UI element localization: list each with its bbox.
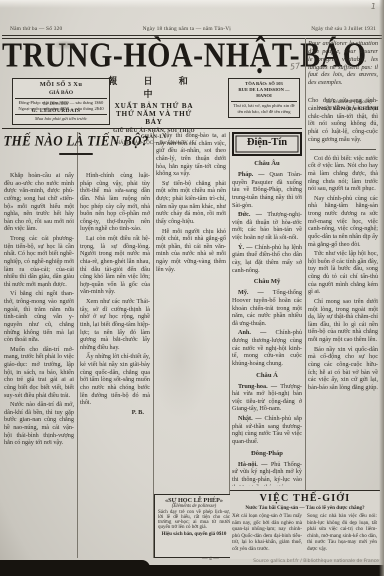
- director-label: Le Directeur: [8, 101, 104, 108]
- paragraph: Hà-nội. — Phủ Thống-sứ vừa ký nghị-định …: [232, 461, 302, 486]
- paragraph: Hình-chính cùng luật-pháp cũng vậy, phải…: [80, 172, 150, 233]
- ad-title: «SỰ HỌC LỄ PHÉP»: [158, 497, 230, 504]
- paragraph: Ấy những lời chí-thiết ấy, kẻ viết bài n…: [80, 353, 150, 406]
- world-section-subtitle: Nước Tàu bãi Cộng-sản — Tàu có lẽ yên đư…: [232, 505, 378, 511]
- ad-body: Sách dạy trẻ con về phép lịch-sự, lời lẽ…: [158, 510, 230, 530]
- section-heading: Đông-Pháp: [232, 450, 302, 458]
- pencil-mark: 1: [371, 2, 376, 11]
- office-note: Thư từ, bài vở, ngân phiếu xin đề tên nh…: [231, 103, 297, 115]
- world-column-a: Xét cái loạn cộng-sản ở Tàu mấy năm nay,…: [232, 513, 302, 552]
- issue-number: Năm thứ ba — Số 320: [10, 26, 62, 32]
- paragraph: Muốn cho dân-trí mở-mang, trước hết phải…: [4, 346, 74, 399]
- director-name: G. LEBOURDAIS: [8, 108, 104, 116]
- issue-info-row: Năm thứ ba — Số 320 Ngày 18 tháng năm ta…: [10, 26, 376, 32]
- price-per-issue: MỖI SỐ 3 Xu: [15, 81, 107, 90]
- paragraph: Đức. — Thượng-nghị-viện đã thuận tờ hòa-…: [232, 211, 302, 242]
- paragraph: Hễ mỗi người chịu khó một chút, mỗi nhà …: [156, 228, 226, 274]
- world-section: VIỆC THẾ-GIỚI Nước Tàu bãi Cộng-sản — Tà…: [230, 490, 380, 559]
- telegram-box-title: Điện-Tín: [232, 132, 302, 156]
- newspaper-title: TRUNG-HÒA-NHẬT-BÁO: [2, 38, 302, 73]
- newspaper-title-chinese: 報 日 和 中: [106, 74, 202, 100]
- paragraph: Báo nầy xin vì quốc-dân mà cổ-động cho s…: [308, 346, 378, 392]
- gallica-source-line: Source gallica.bnf.fr / Bibliothèque nat…: [253, 559, 379, 564]
- scan-artifact: [0, 0, 384, 8]
- paragraph: Mỹ. — Tổng-thống Hoover tuyên-bố hoãn cá…: [232, 289, 302, 327]
- paragraph: Nhật. — Chính-phủ sắp phái sứ-thần sang …: [232, 415, 302, 446]
- column-rule: [77, 132, 78, 558]
- paragraph: Khắp hoàn-cầu ai nấy đều ao-ước cho nước…: [4, 172, 74, 233]
- headline-ornament: [59, 153, 93, 155]
- paragraph: Ý. — Chính-phủ hạ lệnh giảm thuế điền-th…: [232, 244, 302, 275]
- paragraph: Anh. — Chính-phủ đương thương-lượng cùng…: [232, 329, 302, 367]
- telegram-items: Châu ÂuPháp. — Quan Toàn-quyền Pasquier …: [232, 160, 302, 486]
- ad-price: Hiệu sách bán, quyển giá 0$10: [158, 532, 230, 537]
- office-line: RUE DE LA MISSION — HANOI: [231, 87, 297, 101]
- section-heading: Châu Á: [232, 372, 302, 380]
- right-column: Pour améliorer la situation d'un peuple,…: [308, 40, 378, 486]
- director-block: Le Directeur G. LEBOURDAIS: [8, 101, 104, 116]
- paragraph: Pháp. — Quan Toàn-quyền Pasquier đã xuốn…: [232, 171, 302, 209]
- lead-article-headline-block: THẾ NÀO LÀ TIẾN BỘ?: [2, 133, 150, 155]
- paragraph: Trong các cái phương-tiện tiến-bộ, sự họ…: [4, 235, 74, 288]
- article-column-2-text: Hình-chính cùng luật-pháp cũng vậy, phải…: [80, 172, 150, 407]
- article-column-2: Hình-chính cùng luật-pháp cũng vậy, phải…: [80, 172, 150, 558]
- paragraph: Vậy thì đồng-bào ta, ai nấy nên bền chí …: [156, 132, 226, 178]
- ad-subtitle: (Éléments de politesse): [158, 504, 230, 509]
- paragraph: Ví bằng chỉ ngồi than-thở, trông-mong và…: [4, 290, 74, 343]
- horizontal-rule: [2, 128, 302, 129]
- article-column-1: Khắp hoàn-cầu ai nấy đều ao-ước cho nước…: [4, 172, 74, 558]
- paragraph: Sự tiến-bộ chẳng phải một sớm một chiều …: [156, 180, 226, 226]
- office-box: TÒA BÁO: SỐ 103 RUE DE LA MISSION — HANO…: [228, 78, 300, 118]
- paragraph: Chỉ mong sao trên dưới một lòng, trong n…: [308, 298, 378, 344]
- paragraph: Nước nào dân-trí đã mở, dân-khí đã bền, …: [4, 401, 74, 447]
- paragraph: Tức như việc lập hội học, hội buôn ở các…: [308, 250, 378, 296]
- world-section-title: VIỆC THẾ-GIỚI: [230, 493, 380, 504]
- section-heading: Châu Âu: [232, 160, 302, 168]
- newspaper-page: Năm thứ ba — Số 320 Ngày 18 tháng năm ta…: [0, 0, 384, 576]
- section-heading: Châu Mỹ: [232, 278, 302, 286]
- lunar-date: Ngày 18 tháng năm ta — năm Tân-Vị: [143, 26, 231, 32]
- article-signature: P. B.: [80, 409, 150, 417]
- pencil-mark: 57: [289, 61, 300, 71]
- paragraph: Trung-hoa. — Thượng-hải vừa mở hội-nghị …: [232, 383, 302, 414]
- issue-date: Ngày thứ sáu 3 Juillet 1931: [311, 26, 376, 32]
- column-rule: [305, 38, 306, 558]
- page-number: — 4 —: [202, 556, 219, 562]
- advertisement-box: «SỰ HỌC LỄ PHÉP» (Éléments de politesse)…: [154, 494, 234, 558]
- french-quote: Pour améliorer la situation d'un peuple,…: [308, 40, 378, 87]
- telegram-column: Điện-Tín Châu ÂuPháp. — Quan Toàn-quyền …: [232, 132, 302, 486]
- right-column-text: Coi đó thì biết: việc nước cốt ở việc là…: [308, 155, 378, 392]
- paragraph: Lại còn một điều rất hệ-trọng, là sự đồn…: [80, 235, 150, 296]
- paragraph: Nay chính-phủ cùng các nhà hằng-tâm hằng…: [308, 195, 378, 248]
- scan-bottom-edge: [0, 565, 384, 576]
- paragraph: Coi đó thì biết: việc nước cốt ở việc là…: [308, 155, 378, 193]
- price-header: GIÁ BÁO: [15, 90, 107, 100]
- world-column-b: Song các nhà bàn việc đều nói: binh-lực …: [307, 513, 377, 552]
- lead-article-headline: THẾ NÀO LÀ TIẾN BỘ?: [2, 132, 150, 150]
- quote-translation: Cho được sửa-sang tình-cảnh một dân-tộc,…: [308, 97, 378, 144]
- publication-schedule: XUẤT BẢN THỨ BA THỨ NĂM VÀ THỨ BẢY: [106, 102, 202, 126]
- paragraph: Xem như các nước Thái-tây, sở dĩ cường-t…: [80, 298, 150, 351]
- article-column-3: Vậy thì đồng-bào ta, ai nấy nên bền chí …: [156, 132, 226, 490]
- horizontal-rule: [310, 149, 376, 150]
